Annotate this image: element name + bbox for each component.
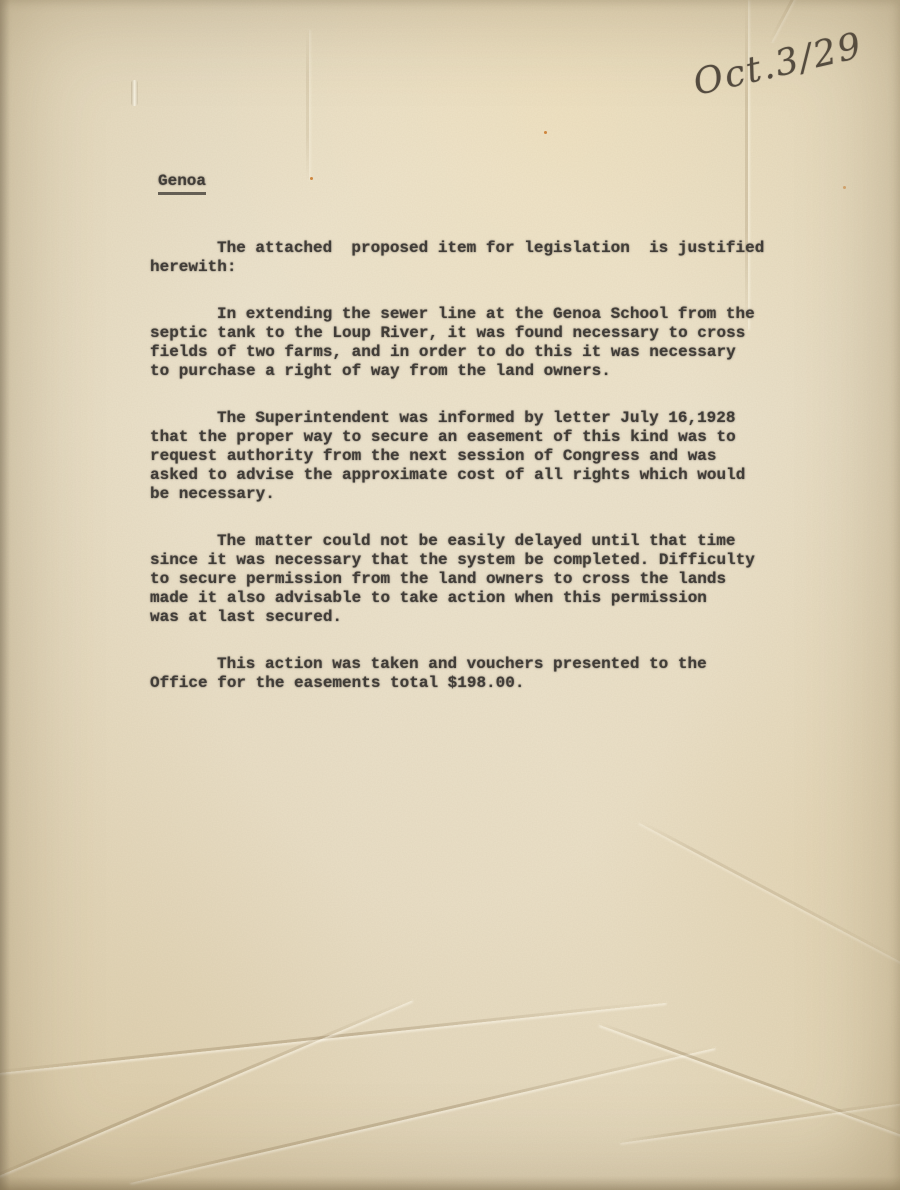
crease-line <box>639 820 900 963</box>
crease-line <box>130 1045 715 1183</box>
crease-line <box>0 1000 666 1075</box>
letter-body: Genoa The attached proposed item for leg… <box>150 172 775 721</box>
paper-speck <box>843 186 846 189</box>
crease-line <box>620 1098 900 1143</box>
scan-edge-shadow-bottom <box>0 1176 900 1190</box>
paragraph: This action was taken and vouchers prese… <box>150 655 775 693</box>
paragraph: The attached proposed item for legislati… <box>150 239 775 277</box>
paragraph: The Superintendent was informed by lette… <box>150 409 775 504</box>
crease-line <box>0 998 412 1188</box>
crease-line <box>306 30 309 180</box>
crease-line <box>599 1022 900 1141</box>
paper-speck <box>544 131 547 134</box>
document-heading: Genoa <box>158 172 775 195</box>
handwritten-date-note: Oct.3/29 <box>690 25 867 104</box>
document-page: Oct.3/29 Genoa The attached proposed ite… <box>0 0 900 1190</box>
scan-edge-shadow-left <box>0 0 10 1190</box>
staple-indent-mark <box>131 80 138 106</box>
paragraph: The matter could not be easily delayed u… <box>150 532 775 627</box>
heading-text: Genoa <box>158 172 206 195</box>
paragraph: In extending the sewer line at the Genoa… <box>150 305 775 381</box>
